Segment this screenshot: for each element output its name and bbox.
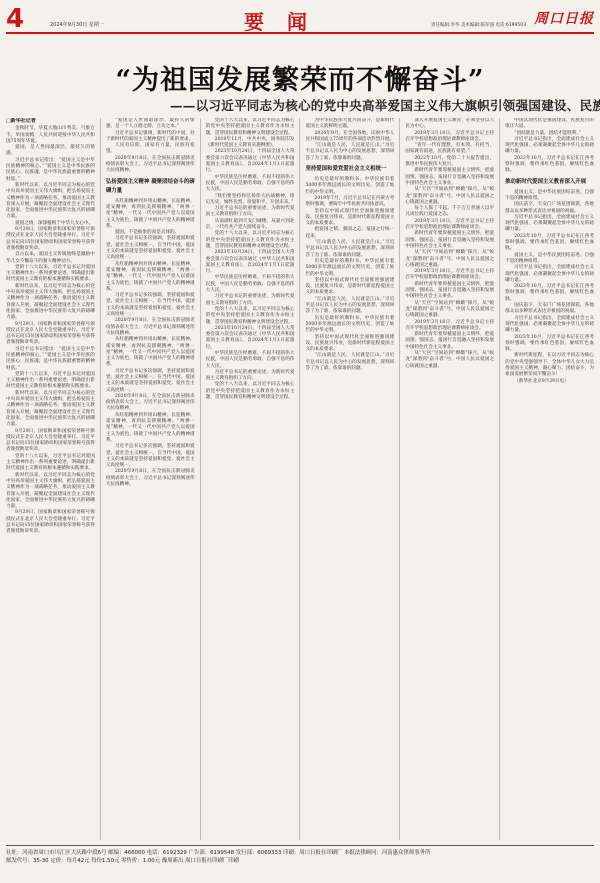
paragraph: 党的十八大以来，以习近平同志为核心的党中央坚持把爱国主义教育作为永恒主题，贯穿国…	[206, 118, 295, 137]
paragraph: 习近平总书记多次强调，坚持爱国和爱党、爱社会主义相统一。在当代中国，爱国主义的本…	[106, 236, 195, 261]
paragraph: 中国式现代化是强国建设、民族复兴的康庄大道。	[505, 118, 594, 131]
paragraph: “爱国是人世间最深层、最持久的情感，是一个人立德之源、立功之本。”	[106, 118, 195, 131]
paragraph: 2020年9月8日，在全国抗击新冠肺炎疫情表彰大会上，习近平总书记深刻阐述伟大抗…	[106, 469, 195, 488]
paragraph: 自古以来，爱国主义传统始终是激励中华儿女不懈奋斗的强大精神动力。	[6, 252, 95, 265]
paragraph: 2019年3月18日，习近平总书记主持召开学校思想政治理论课教师座谈会。	[405, 320, 494, 333]
paragraph: 9月29日，国家勋章和国家荣誉称号颁授仪式在北京人民大会堂隆重举行。习近平总书记…	[6, 429, 95, 454]
paragraph: 新时代青年要厚植爱国主义情怀，把爱国情、强国志、报国行自觉融入坚持和发展中国特色…	[405, 332, 494, 351]
column-divider	[299, 118, 300, 840]
paragraph: 从“天宫”空间站到“嫦娥”探月，从“蛟龙”深潜到“奋斗者”号，中国人民以爱国之心…	[405, 351, 494, 370]
paragraph: 习近平总书记的重要论述，为新时代爱国主义教育指明了方向。	[206, 206, 295, 219]
paragraph: 新时代以来，以习近平同志为核心的党中央高举爱国主义伟大旗帜，把弘扬爱国主义精神作…	[6, 183, 95, 221]
paragraph: 习近平总书记指出，全面建成社会主义现代化强国，必须凝聚起全体中华儿女的磅礴力量。	[505, 215, 594, 234]
paragraph: “江山就是人民，人民就是江山。”习近平总书记以人民为中心的发展思想，深刻回答了为…	[305, 143, 394, 162]
paragraph: 9月29日，国家勋章和国家荣誉称号颁授仪式在北京人民大会堂隆重举行。习近平总书记…	[6, 227, 95, 252]
paragraph: 中华民族是历经磨难、不屈不挠的伟大民族，中国人民是勤劳勇敢、自强不息的伟大人民。	[206, 175, 295, 194]
paragraph: 新时代新征程，在以习近平同志为核心的党中央坚强领导下，全体中华儿女大力弘扬爱国主…	[505, 353, 594, 378]
paragraph: “江山就是人民，人民就是江山。”习近平总书记以人民为中心的发展思想，深刻回答了为…	[305, 240, 394, 259]
paragraph: 历史是最好的教科书。中华民族有着5000多年源远流长的文明历史，创造了灿烂的中华…	[305, 259, 394, 278]
paragraph: 为中华民族伟大复兴而奋斗，是新时代爱国主义的鲜明主题。	[305, 118, 394, 131]
editor-credits: 责任编辑:李华 美术编辑:陈军强 电话:6199503	[431, 22, 526, 28]
paragraph: 习近平总书记指出，全面建成社会主义现代化强国，必须凝聚起全体中华儿女的磅礴力量。	[505, 265, 594, 284]
paragraph: “团结就是力量，团结才能胜利。”	[505, 131, 594, 137]
paragraph: “江山就是人民，人民就是江山。”习近平总书记以人民为中心的发展思想，深刻回答了为…	[305, 353, 394, 372]
paragraph: 爱国主义，是中华民族团结奋进、自强不息的精神纽带。	[505, 190, 594, 203]
paragraph: 2024年9月，在全国各地，庆祝中华人民共和国成立75周年的各项活动热烈开展。	[305, 131, 394, 144]
masthead: 4 2024年9月30日 星期一 要 闻 责任编辑:李华 美术编辑:陈军强 电话…	[6, 4, 594, 34]
paragraph: 从红船精神到井冈山精神、长征精神、延安精神，再到抗美援朝精神、“两弹一星”精神，…	[106, 413, 195, 444]
column-divider	[399, 118, 400, 840]
paragraph: 2019年3月18日，习近平总书记主持召开学校思想政治理论课教师座谈会。	[405, 269, 494, 282]
paragraph: 2023年10月，习近平总书记在江西考察时强调，要传承红色基因，赓续红色血脉。	[505, 234, 594, 253]
paragraph: 习近平总书记强调，新时代的中国，对于新时代的爱国主义精神提出了新的要求。	[106, 131, 195, 144]
paragraph: 把爱国之情、强国之志、报国之行统一起来。	[305, 227, 394, 240]
paragraph: 习近平总书记多次强调，坚持爱国和爱党、爱社会主义相统一。在当代中国，爱国主义的本…	[106, 293, 195, 318]
byline: □新华社记者	[6, 118, 95, 124]
paragraph: 新时代青年要厚植爱国主义情怀，把爱国情、强国志、报国行自觉融入坚持和发展中国特色…	[405, 231, 494, 250]
paragraph: 2023年10月，习近平总书记在江西考察时强调，要传承红色基因，赓续红色血脉。	[505, 284, 594, 303]
paragraph: 2019年11月，中共中央、国务院印发《新时代爱国主义教育实施纲要》。	[206, 137, 295, 150]
paragraph: 新时代青年要厚植爱国主义情怀，把爱国情、强国志、报国行自觉融入坚持和发展中国特色…	[405, 168, 494, 187]
paragraph: 爱国主义，是中华民族团结奋进、自强不息的精神纽带。	[505, 253, 594, 266]
paragraph: 历史是最好的教科书。中华民族有着5000多年源远流长的文明历史，创造了灿烂的中华…	[305, 177, 394, 196]
subheading: 弘扬爱国主义精神 凝聚团结奋斗的磅礴力量	[106, 178, 195, 196]
subheading: 推动新时代爱国主义教育深入开展	[505, 178, 594, 187]
paragraph: 国庆前夕，天安门广场花团锦簇，各地群众以多种形式表达对祖国的祝福。	[505, 303, 594, 316]
footer-pricing-info: 邮发代号：35-30 定价：每月42元 每份1.50元 零售价：1.00元 豫周…	[6, 857, 594, 865]
paragraph: 深入开展爱国主义教育，必须坚持以人民为中心。	[405, 118, 494, 131]
article-column-3: 党的十八大以来，以习近平同志为核心的党中央坚持把爱国主义教育作为永恒主题，贯穿国…	[206, 118, 295, 840]
paragraph: 2020年9月8日，在全国抗击新冠肺炎疫情表彰大会上，习近平总书记深刻阐述伟大抗…	[106, 394, 195, 413]
paragraph: 习近平总书记指出，全面建成社会主义现代化强国，必须凝聚起全体中华儿女的磅礴力量。	[505, 137, 594, 156]
paragraph: 从“天宫”空间站到“嫦娥”探月，从“蛟龙”深潜到“奋斗者”号，中国人民以爱国之心…	[405, 187, 494, 206]
article-column-6: 中国式现代化是强国建设、民族复兴的康庄大道。 “团结就是力量，团结才能胜利。” …	[505, 118, 594, 840]
article-dateline: （新华社北京9月29日电）	[505, 379, 594, 385]
paragraph: 中华民族是历经磨难、不屈不挠的伟大民族，中国人民是勤劳勇敢、自强不息的伟大人民。	[206, 275, 295, 294]
paragraph: 9月29日，国家勋章和国家荣誉称号颁授仪式在北京人民大会堂隆重举行。习近平总书记…	[6, 322, 95, 347]
paragraph: 习近平总书记指出：“爱国主义是中华民族精神的核心。”“爱国主义是中华民族的民族心…	[6, 158, 95, 183]
article-column-1: □新华社记者 金秋时节，华夏大地山川秀美、气象万千。举国欢腾，人民共同迎接中华人…	[6, 118, 95, 840]
paragraph: 每个人都了不起。千千万万普通人以平凡岗位践行爱国之志。	[405, 206, 494, 219]
paragraph: 2019年3月18日，习近平总书记主持召开学校思想政治理论课教师座谈会。	[405, 131, 494, 144]
paragraph: 2020年9月8日，在全国抗击新冠肺炎疫情表彰大会上，习近平总书记深刻阐述伟大抗…	[106, 156, 195, 175]
paragraph: 历史是最好的教科书。中华民族有着5000多年源远流长的文明历史，创造了灿烂的中华…	[305, 316, 394, 335]
article-body: □新华社记者 金秋时节，华夏大地山川秀美、气象万千。举国欢腾，人民共同迎接中华人…	[6, 118, 594, 840]
paragraph: 习近平总书记多次强调，坚持爱国和爱党、爱社会主义相统一。在当代中国，爱国主义的本…	[106, 369, 195, 394]
paragraph: 从“天宫”空间站到“嫦娥”探月，从“蛟龙”深潜到“奋斗者”号，中国人民以爱国之心…	[405, 250, 494, 269]
paragraph: 坚持以中国式现代化全面推进强国建设、民族复兴伟业，是新时代新征程爱国主义的本质要…	[305, 335, 394, 354]
article-column-2: “爱国是人世间最深层、最持久的情感，是一个人立德之源、立功之本。” 习近平总书记…	[106, 118, 195, 840]
paragraph: 从南湖红船到天安门城楼，从嘉兴到北京，一代代共产党人接续奋斗。	[206, 219, 295, 232]
issue-date: 2024年9月30日 星期一	[50, 21, 250, 28]
paragraph: 2023年10月24日，十四届全国人大常委会第六次会议表决通过《中华人民共和国爱…	[206, 250, 295, 275]
paragraph: 从红船精神到井冈山精神、长征精神、延安精神，再到抗美援朝精神、“两弹一星”精神，…	[106, 337, 195, 368]
paragraph: “青年一代有理想、有本领、有担当，国家就有前途，民族就有希望。”	[405, 143, 494, 156]
paragraph: 中华民族是历经磨难、不屈不挠的伟大民族，中国人民是勤劳勇敢、自强不息的伟大人民。	[206, 351, 295, 370]
paragraph: “我们要坚持和弘扬伟大抗战精神，铭记历史、缅怀先烈、珍爱和平、开创未来。”	[206, 194, 295, 207]
paragraph: 新时代以来，以习近平同志为核心的党中央高举爱国主义伟大旗帜，把弘扬爱国主义精神作…	[6, 284, 95, 322]
paragraph: 2020年9月8日，在全国抗击新冠肺炎疫情表彰大会上，习近平总书记深刻阐述伟大抗…	[106, 318, 195, 337]
paragraph: 新时代青年要厚植爱国主义情怀，把爱国情、强国志、报国行自觉融入坚持和发展中国特色…	[405, 282, 494, 301]
paragraph: 2023年10月，习近平总书记在江西考察时强调，要传承红色基因，赓续红色血脉。	[505, 335, 594, 354]
paragraph: 2019年3月18日，习近平总书记主持召开学校思想政治理论课教师座谈会。	[405, 219, 494, 232]
subheading: 坚持爱国和爱党爱社会主义相统一	[305, 165, 394, 174]
page-number: 4	[6, 6, 42, 32]
newspaper-logo: 周口日报	[534, 8, 594, 28]
paragraph: 党的十八大以来，以习近平同志为核心的党中央坚持把爱国主义教育作为永恒主题，贯穿国…	[206, 382, 295, 401]
paragraph: 党的十八大以来，以习近平同志为核心的党中央坚持把爱国主义教育作为永恒主题，贯穿国…	[206, 307, 295, 326]
paragraph: 党的十八大以来，习近平总书记对爱国主义精神作出一系列重要论述，明确提出新时代爱国…	[6, 372, 95, 391]
paragraph: 习近平总书记的重要论述，为新时代爱国主义教育指明了方向。	[206, 370, 295, 383]
paragraph: “江山就是人民，人民就是江山。”习近平总书记以人民为中心的发展思想，深刻回答了为…	[305, 297, 394, 316]
paragraph: 习近平总书记指出，全面建成社会主义现代化强国，必须凝聚起全体中华儿女的磅礴力量。	[505, 316, 594, 335]
paragraph: 坚持以中国式现代化全面推进强国建设、民族复兴伟业，是新时代新征程爱国主义的本质要…	[305, 209, 394, 228]
paragraph: 从红船精神到井冈山精神、长征精神、延安精神，再到抗美援朝精神、“两弹一星”精神，…	[106, 262, 195, 293]
paragraph: 坚持以中国式现代化全面推进强国建设、民族复兴伟业，是新时代新征程爱国主义的本质要…	[305, 278, 394, 297]
article-column-4: 为中华民族伟大复兴而奋斗，是新时代爱国主义的鲜明主题。 2024年9月，在全国各…	[305, 118, 394, 840]
paragraph: 习近平总书记的重要论述，为新时代爱国主义教育指明了方向。	[206, 294, 295, 307]
paragraph: 人民有信仰，国家有力量，民族有希望。	[106, 143, 195, 156]
page-footer: 社址：河南省周口市川汇区大庆路中段6号 邮编：466000 电话：6192329…	[6, 845, 594, 877]
paragraph: 2022年10月，党的二十大报告提出，推进中华民族伟大复兴。	[405, 156, 494, 169]
paragraph: 新时代以来，以习近平同志为核心的党中央高举爱国主义伟大旗帜，把弘扬爱国主义精神作…	[6, 391, 95, 429]
paragraph: 新时代以来，以习近平同志为核心的党中央高举爱国主义伟大旗帜，把弘扬爱国主义精神作…	[6, 473, 95, 511]
paragraph: 从红船精神到井冈山精神、长征精神、延安精神，再到抗美援朝精神、“两弹一星”精神，…	[106, 199, 195, 230]
section-title: 要 闻	[244, 6, 315, 35]
paragraph: 习近平总书记指出：“爱国主义是中华民族精神的核心。”“爱国主义是中华民族的民族心…	[6, 347, 95, 372]
paragraph: 金秋时节，华夏大地山川秀美、气象万千。举国欢腾，人民共同迎接中华人民共和国75周…	[6, 126, 95, 145]
paragraph: 2023年10月24日，十四届全国人大常委会第六次会议表决通过《中华人民共和国爱…	[206, 149, 295, 174]
column-divider	[499, 118, 500, 840]
paragraph: 党的十八大以来，习近平总书记对爱国主义精神作出一系列重要论述，明确提出新时代爱国…	[6, 265, 95, 284]
paragraph: 党的十八大以来，以习近平同志为核心的党中央坚持把爱国主义教育作为永恒主题，贯穿国…	[206, 231, 295, 250]
article-headline: “为祖国发展繁荣而不懈奋斗”	[0, 58, 600, 97]
paragraph: 2023年10月24日，十四届全国人大常委会第六次会议表决通过《中华人民共和国爱…	[206, 326, 295, 351]
paragraph: 国庆前夕，天安门广场花团锦簇，各地群众以多种形式表达对祖国的祝福。	[505, 202, 594, 215]
paragraph: 党的十八大以来，习近平总书记对爱国主义精神作出一系列重要论述，明确提出新时代爱国…	[6, 454, 95, 473]
paragraph: 爱国，是人世间最深层、最持久的情感。	[6, 145, 95, 158]
footer-publisher-info: 社址：河南省周口市川汇区大庆路中段6号 邮编：466000 电话：6192329…	[6, 849, 594, 857]
article-subheadline: ——以习近平同志为核心的党中央高举爱国主义伟大旗帜引领强国建设、民族复兴纪实	[170, 96, 592, 114]
paragraph: 2023年10月，习近平总书记在江西考察时强调，要传承红色基因，赓续红色血脉。	[505, 156, 594, 175]
paragraph: 2019年7月，习近平总书记在内蒙古考察时强调，要铸牢中华民族共同体意识。	[305, 196, 394, 209]
paragraph: 从“天宫”空间站到“嫦娥”探月，从“蛟龙”深潜到“奋斗者”号，中国人民以爱国之心…	[405, 301, 494, 320]
paragraph: 习近平总书记多次强调，坚持爱国和爱党、爱社会主义相统一。在当代中国，爱国主义的本…	[106, 444, 195, 469]
column-divider	[100, 118, 101, 840]
column-divider	[200, 118, 201, 840]
article-column-5: 深入开展爱国主义教育，必须坚持以人民为中心。 2019年3月18日，习近平总书记…	[405, 118, 494, 840]
paragraph: 9月29日，国家勋章和国家荣誉称号颁授仪式在北京人民大会堂隆重举行。习近平总书记…	[6, 510, 95, 535]
